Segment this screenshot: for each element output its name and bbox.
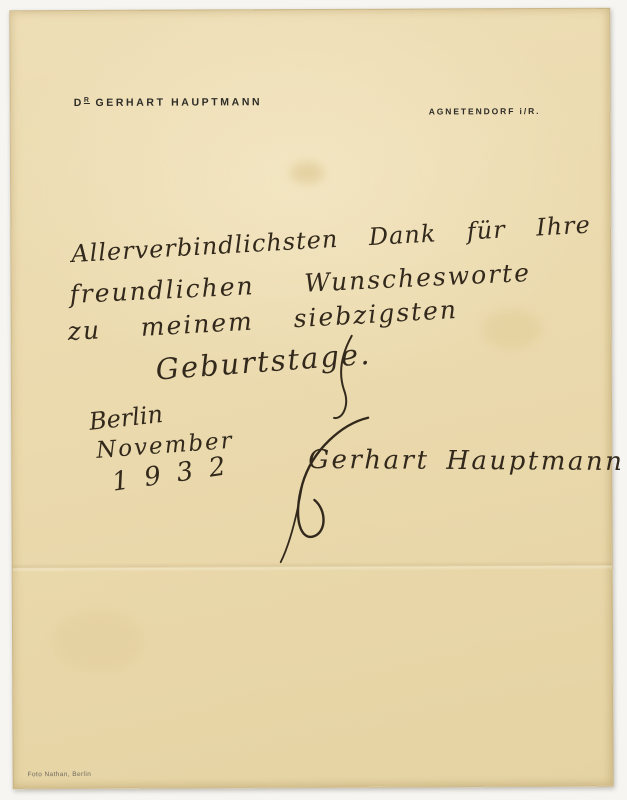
letterhead-doctor-prefix: D bbox=[74, 97, 84, 109]
paper-stain bbox=[53, 611, 143, 671]
dateline-place: Berlin bbox=[88, 401, 165, 435]
photo-backdrop: { "colors": { "backdrop": "#f6f5f2", "pa… bbox=[0, 0, 627, 800]
letterhead-name-text: GERHART HAUPTMANN bbox=[90, 96, 262, 109]
paper-stain bbox=[482, 309, 542, 349]
letterhead-name: DR GERHART HAUPTMANN bbox=[74, 96, 263, 109]
photo-credit: Foto Nathan, Berlin bbox=[28, 771, 92, 778]
handwriting-line: Geburtstage. bbox=[155, 339, 373, 387]
fold-crease bbox=[13, 561, 612, 573]
paper-stain bbox=[290, 162, 324, 184]
signature-flourish bbox=[276, 410, 397, 571]
letter-paper: DR GERHART HAUPTMANN AGNETENDORF i/R. Al… bbox=[9, 8, 613, 790]
handwriting-line: freundlichen Wunschesworte bbox=[69, 259, 532, 309]
signature: Gerhart Hauptmann bbox=[308, 446, 624, 477]
letterhead-location: AGNETENDORF i/R. bbox=[429, 106, 541, 116]
